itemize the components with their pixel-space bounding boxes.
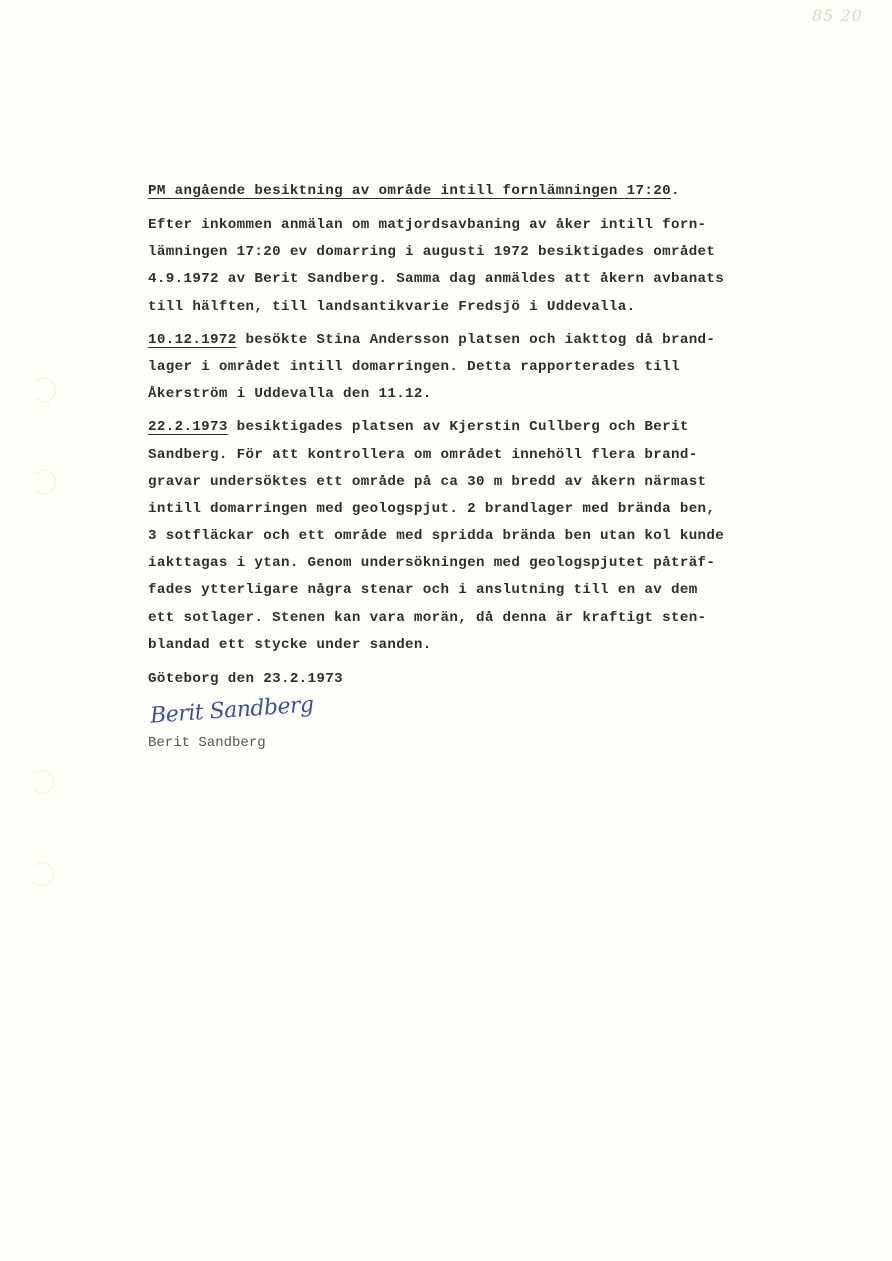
place-date: Göteborg den 23.2.1973 [148,667,798,691]
signer-name: Berit Sandberg [148,735,266,751]
text-line: intill domarringen med geologspjut. 2 br… [148,496,798,523]
paragraph-visit-1973: 22.2.1973 besiktigades platsen av Kjerst… [148,414,798,659]
text-line: fades ytterligare några stenar och i ans… [148,577,798,604]
closing: Göteborg den 23.2.1973 [148,667,798,691]
text-line: lager i området intill domarringen. Dett… [148,354,798,381]
punch-hole [30,862,54,886]
visit-date: 10.12.1972 [148,332,237,348]
paragraph-visit-1972: 10.12.1972 besökte Stina Andersson plats… [148,327,798,409]
text-line: till hälften, till landsantikvarie Freds… [148,294,798,321]
memo-title: PM angående besiktning av område intill … [148,178,798,204]
visit-date: 22.2.1973 [148,419,228,435]
text-line: 10.12.1972 besökte Stina Andersson plats… [148,327,798,354]
memo-body: PM angående besiktning av område intill … [148,178,798,691]
text-line: 22.2.1973 besiktigades platsen av Kjerst… [148,414,798,441]
text-line: 3 sotfläckar och ett område med spridda … [148,523,798,550]
text-line: gravar undersöktes ett område på ca 30 m… [148,469,798,496]
text-line: Åkerström i Uddevalla den 11.12. [148,381,798,408]
text-line: lämningen 17:20 ev domarring i augusti 1… [148,239,798,266]
text-line: 4.9.1972 av Berit Sandberg. Samma dag an… [148,266,798,293]
text-line: ett sotlager. Stenen kan vara morän, då … [148,605,798,632]
handwritten-signature: Berit Sandberg [149,692,314,728]
text-line: Efter inkommen anmälan om matjordsavbani… [148,212,798,239]
text-line: iakttagas i ytan. Genom undersökningen m… [148,550,798,577]
archive-page-number: 85 20 [812,6,863,25]
punch-hole [30,770,54,794]
text-line: blandad ett stycke under sanden. [148,632,798,659]
punch-hole [32,378,56,402]
punch-hole [32,470,56,494]
text-line: Sandberg. För att kontrollera om området… [148,442,798,469]
paragraph-report: Efter inkommen anmälan om matjordsavbani… [148,212,798,321]
